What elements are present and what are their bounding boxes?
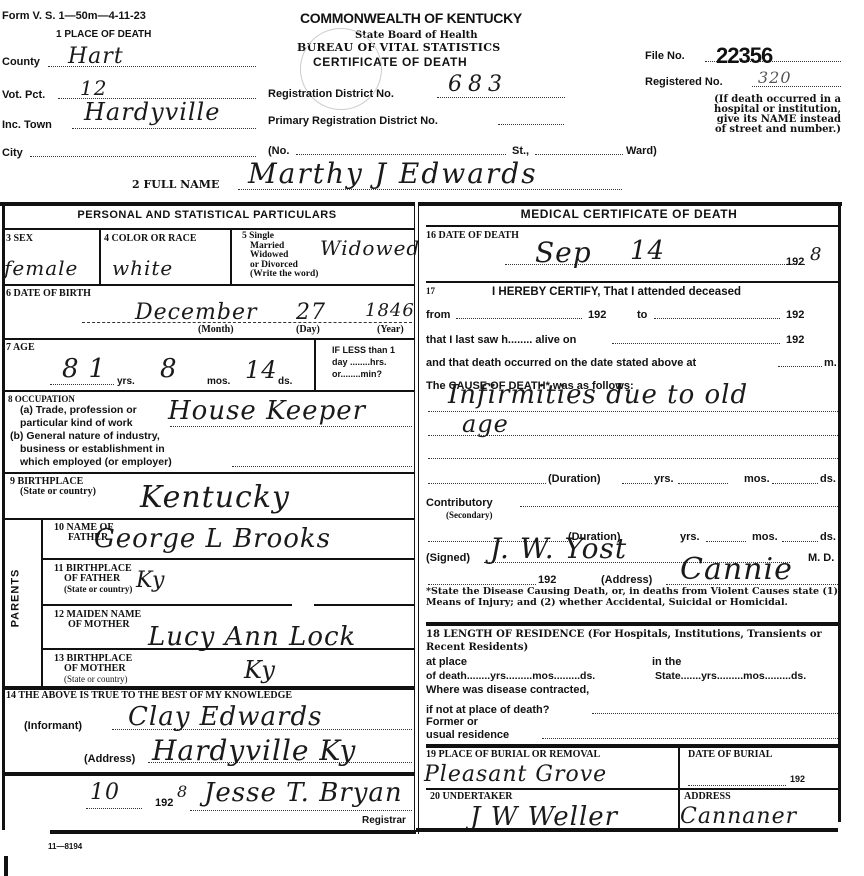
burial-date-year: 192 [790,774,805,784]
occupation-value: House Keeper [168,396,366,426]
duration2-yrs: yrs. [680,531,700,543]
physician-address-label: (Address) [601,574,652,586]
rule [42,558,414,560]
rule [2,228,414,230]
registrar-signature: Jesse T. Bryan [204,778,403,808]
rule [314,338,316,390]
duration-yrs-line [622,483,652,484]
less-than-day-line: IF LESS than 1 [332,344,395,356]
ds-label: ds. [278,376,292,387]
rule [41,518,43,688]
to-line [654,318,780,319]
signed-year: 192 [538,574,556,586]
rule [426,788,838,790]
not-at-place-label: if not at place of death? [426,704,549,716]
inc-town-line [72,128,256,129]
less-than-day: IF LESS than 1 day ........hrs. or......… [332,344,395,380]
dob-day: 27 [296,300,326,325]
usual-residence-line [542,738,838,739]
former-label: Former or [426,716,478,728]
cause-line-rule [428,435,838,436]
md-label: M. D. [808,552,834,564]
rule [2,284,414,286]
cause-line-rule [428,458,838,459]
death-month: Sep [535,236,592,269]
mother-birthplace-label-line: (State or country) [54,674,132,684]
to-label: to [637,309,647,321]
rule [50,830,416,834]
contracted-label: Where was disease contracted, [426,684,589,696]
full-name-label: 2 FULL NAME [132,178,219,191]
occupation-a-labels: (a) Trade, profession or particular kind… [10,404,172,469]
duration-yrs: yrs. [654,473,674,485]
contracted-line [592,713,838,714]
death-time-line [778,366,822,367]
rule [42,604,292,606]
from-line [456,318,582,319]
informant-value: Clay Edwards [128,702,322,732]
race-value: white [112,256,173,280]
street-no-line [296,154,506,155]
filed-year-suffix: 8 [177,782,188,801]
death-occurred-label: and that death occurred on the date stat… [426,357,696,369]
certify-number: 17 [426,286,435,296]
death-year-suffix: 8 [810,244,822,265]
top-rule [0,202,842,206]
age-years-line [50,384,114,385]
ward-line [535,154,623,155]
rule [2,390,414,392]
cause-line-1: Infirmities due to old [448,380,748,410]
dob-label: 6 DATE OF BIRTH [6,289,91,299]
county-label: County [2,56,40,68]
mother-birthplace-label-line: OF MOTHER [54,664,132,674]
rule [2,518,414,520]
right-border [838,202,841,822]
marital-option: (Write the word) [242,270,318,280]
rule [99,228,101,284]
undertaker-address-value: Cannaner [680,804,797,829]
physician-signature: J. W. Yost [490,532,627,565]
contributory-label: Contributory [426,497,493,509]
duration2-ds: ds. [820,531,836,543]
informant-label: (Informant) [24,720,82,732]
from-label: from [426,309,450,321]
reg-district-line [437,97,565,98]
father-birthplace-value: Ky [136,568,165,593]
occupation-b-line: which employed (or employer) [10,456,172,469]
vot-pct-label: Vot. Pct. [2,89,45,101]
primary-district-label: Primary Registration District No. [268,115,438,127]
knowledge-label: 14 THE ABOVE IS TRUE TO THE BEST OF MY K… [6,691,292,701]
in-the-label: in the [652,656,681,668]
form-number: Form V. S. 1—50m—4-11-23 [2,10,146,22]
registered-no-label: Registered No. [645,76,723,88]
registered-no-value: 320 [758,68,792,87]
death-day: 14 [630,236,665,266]
occupation-a-line [170,426,412,427]
mother-name-label-line: OF MOTHER [54,620,141,630]
age-months: 8 [160,354,178,384]
occupation-a-line: (a) Trade, profession or [10,404,172,417]
ward-label: Ward) [626,145,657,157]
occupation-label: 8 OCCUPATION [8,394,75,404]
rule [2,472,414,474]
dob-month: December [135,300,257,325]
hospital-note-line: of street and number.) [683,125,841,135]
vot-pct-value: 12 [80,76,107,100]
place-of-death-label: 1 PLACE OF DEATH [56,29,151,40]
yrs-label: yrs. [117,376,135,387]
cause-footnote: *State the Disease Causing Death, or, in… [426,587,838,608]
rule [426,622,838,626]
filed-year-prefix: 192 [155,797,173,809]
date-of-death-label: 16 DATE OF DEATH [426,231,519,241]
rule [426,744,838,748]
race-label: 4 COLOR OR RACE [104,234,197,244]
occupation-a-line: particular kind of work [10,417,172,430]
burial-date-line [688,785,786,786]
hospital-note: (If death occurred in a hospital or inst… [683,95,841,135]
sex-value: female [4,256,78,280]
father-birthplace-label: 11 BIRTHPLACE OF FATHER (State or countr… [54,564,132,594]
state-title: COMMONWEALTH OF KENTUCKY [300,10,522,26]
duration-ds-line [772,483,818,484]
rule [42,648,414,650]
dob-month-caption: (Month) [198,325,234,335]
inc-town-label: Inc. Town [2,119,52,131]
rule [426,281,838,283]
rule [314,604,414,606]
age-label: 7 AGE [6,343,35,353]
father-name-value: George L Brooks [94,524,331,554]
undertaker-address-label: ADDRESS [684,792,731,802]
rule [416,828,838,832]
death-year-prefix: 192 [786,256,804,268]
duration-mos: mos. [744,473,770,485]
last-saw-year: 192 [786,334,804,346]
burial-place-label: 19 PLACE OF BURIAL OR REMOVAL [426,750,600,760]
street-label: St., [512,145,529,157]
filed-day-line [86,808,142,809]
burial-date-label: DATE OF BURIAL [688,750,772,760]
center-divider [414,202,419,834]
contributory-line [520,506,838,507]
birthplace-sub-label: (State or country) [20,487,96,497]
reg-district-value: 683 [448,72,508,97]
last-saw-label: that I last saw h........ alive on [426,334,576,346]
dob-day-caption: (Day) [296,325,320,335]
certify-text: I HEREBY CERTIFY, That I attended deceas… [492,286,741,298]
file-no-value: 22356 [716,43,772,69]
mother-name-label: 12 MAIDEN NAME OF MOTHER [54,610,141,630]
birthplace-value: Kentucky [140,480,290,515]
age-years: 81 [62,354,115,384]
duration-label: (Duration) [548,473,601,485]
last-saw-line [612,343,780,344]
to-year: 192 [786,309,804,321]
full-name-value: Marthy J Edwards [248,157,538,190]
secondary-label: (Secondary) [446,510,493,520]
marital-labels: 5 Single Married Widowed or Divorced (Wr… [242,232,318,280]
city-label: City [2,147,23,159]
dob-year-caption: (Year) [377,325,404,335]
sex-label: 3 SEX [6,234,33,244]
county-value: Hart [68,44,124,69]
duration-line [428,483,546,484]
signed-label: (Signed) [426,552,470,564]
burial-place-value: Pleasant Grove [424,762,607,787]
mos-label: mos. [207,376,230,387]
medical-section-title: MEDICAL CERTIFICATE OF DEATH [419,207,839,221]
father-birthplace-label-line: (State or country) [54,584,132,594]
board-name: State Board of Health [355,30,478,41]
less-than-day-line: day ........hrs. [332,356,395,368]
duration-ds: ds. [820,473,836,485]
duration2-mos: mos. [752,531,778,543]
mother-birthplace-label: 13 BIRTHPLACE OF MOTHER (State or countr… [54,654,132,684]
less-than-day-line: or........min? [332,368,395,380]
filed-day: 10 [90,780,120,805]
occupation-b-line: (b) General nature of industry, [10,430,172,443]
rule [2,338,414,340]
usual-residence-label: usual residence [426,729,509,741]
registrar-label: Registrar [362,815,406,826]
reg-district-label: Registration District No. [268,88,394,100]
edge-mark [4,856,8,876]
duration2-mos-line [706,541,746,542]
rule [2,772,414,776]
occupation-b-line [232,466,412,467]
cause-line-2: age [462,410,509,438]
occupation-b-line: business or establishment in [10,443,172,456]
mother-birthplace-value: Ky [244,656,276,684]
duration2-ds-line [782,541,818,542]
rule [426,225,838,227]
rule [230,228,232,284]
residence-label: 18 LENGTH OF RESIDENCE (For Hospitals, I… [426,628,838,654]
from-year: 192 [588,309,606,321]
m-label: m. [824,357,837,369]
parents-label: PARENTS [9,569,21,628]
informant-address-label: (Address) [84,753,135,765]
left-border [2,202,5,830]
of-death-line: of death........yrs.........mos.........… [426,670,595,682]
footer-code: 11—8194 [48,842,82,851]
physician-address-value: Cannie [680,552,793,587]
marital-value: Widowed [320,236,420,260]
at-place-label: at place [426,656,467,668]
inc-town-value: Hardyville [84,98,220,126]
dob-year: 1846 [365,300,415,321]
primary-district-line [498,124,564,125]
signed-date-line [428,584,536,585]
duration-mos-line [678,483,728,484]
city-line [30,156,256,157]
file-no-label: File No. [645,50,685,62]
undertaker-label: 20 UNDERTAKER [430,792,513,802]
father-birthplace-label-line: OF FATHER [54,574,132,584]
personal-section-title: PERSONAL AND STATISTICAL PARTICULARS [0,209,414,221]
state-line: State.......yrs.........mos.........ds. [655,670,806,682]
informant-address-value: Hardyville Ky [152,734,356,767]
registrar-line [190,810,412,811]
street-no-label: (No. [268,145,289,157]
age-days: 14 [245,356,278,384]
